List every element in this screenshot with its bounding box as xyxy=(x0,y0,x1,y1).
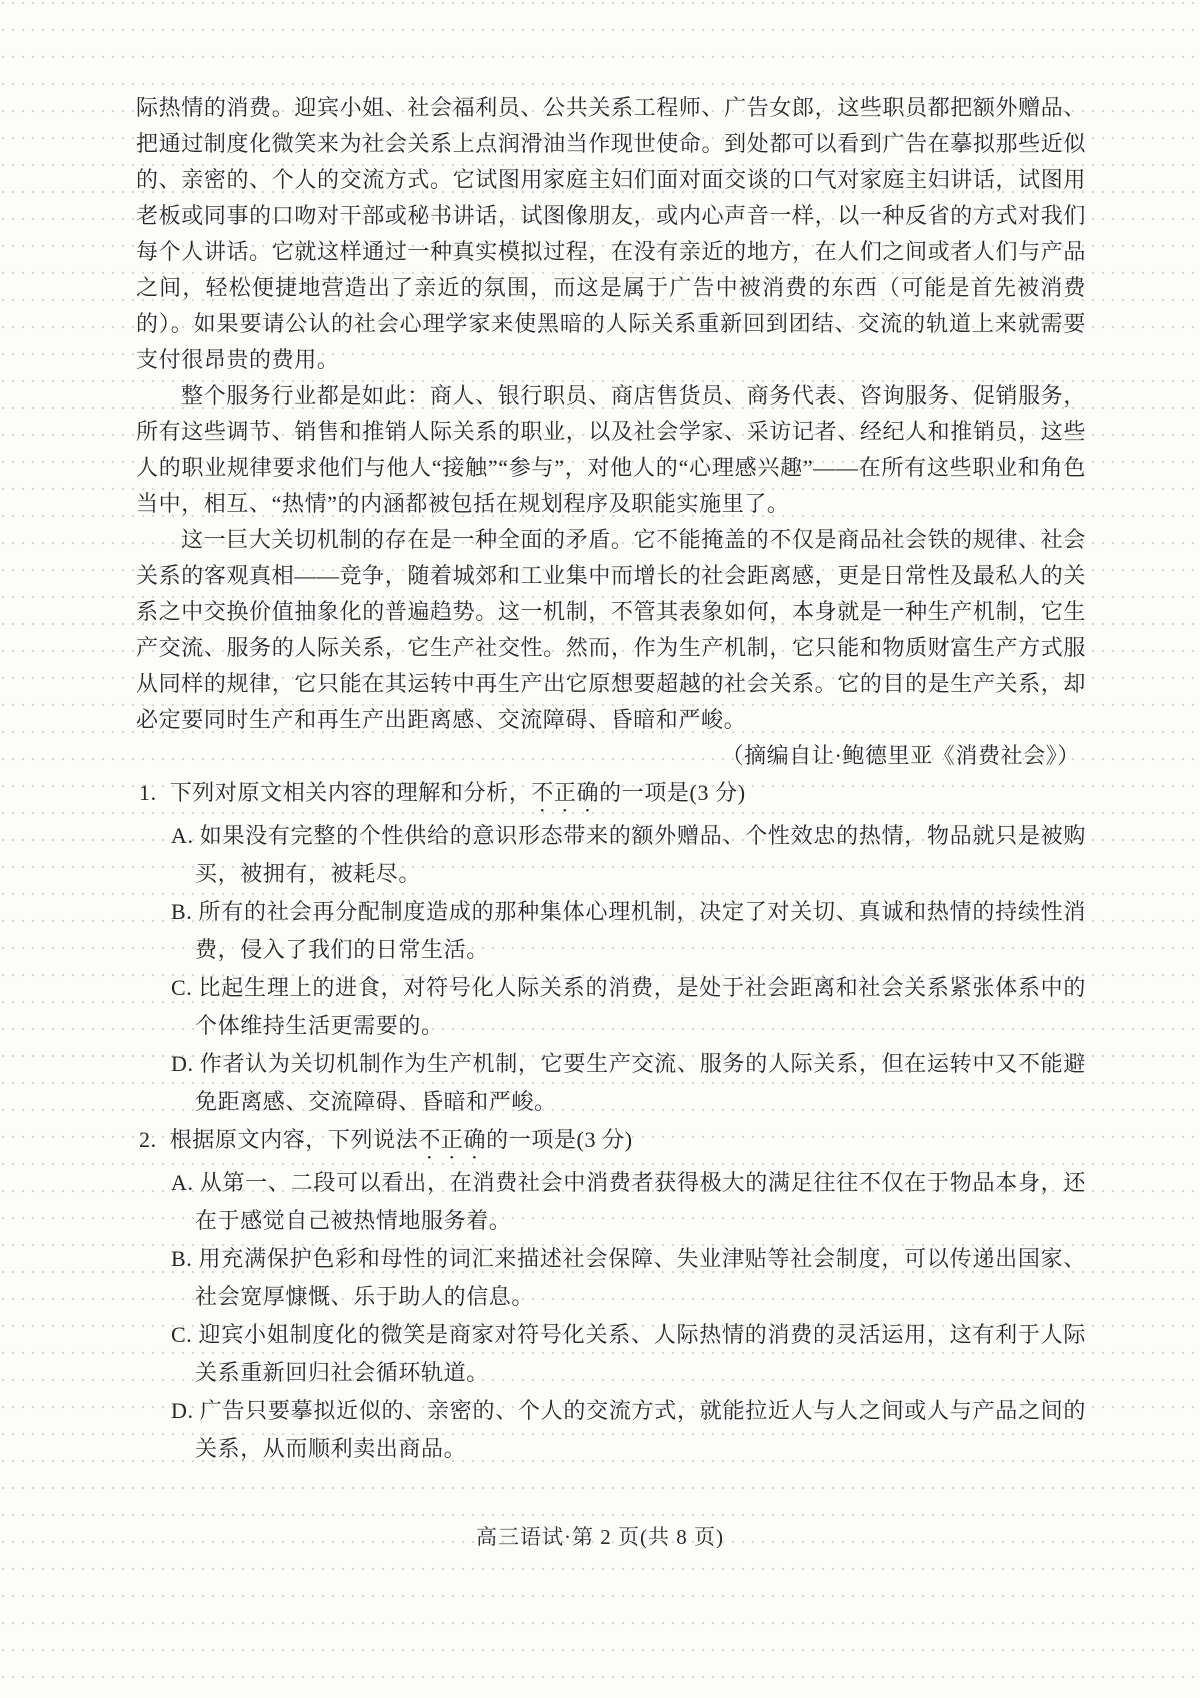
passage-paragraph-1: 际热情的消费。迎宾小姐、社会福利员、公共关系工程师、广告女郎，这些职员都把额外赠… xyxy=(136,90,1086,378)
option-label: D. xyxy=(171,1051,194,1076)
question-number: 2. xyxy=(139,1127,157,1152)
question-stem-emphasis: 不正确 xyxy=(418,1127,486,1152)
option-label: B. xyxy=(171,899,192,924)
passage-attribution: （摘编自让·鲍德里亚《消费社会》） xyxy=(136,738,1086,774)
question-1-option-d: D.作者认为关切机制作为生产机制，它要生产交流、服务的人际关系，但在运转中又不能… xyxy=(136,1045,1086,1121)
question-stem-text: 的一项是(3 分) xyxy=(599,780,746,805)
question-1-option-b: B.所有的社会再分配制度造成的那种集体心理机制，决定了对关切、真诚和热情的持续性… xyxy=(136,893,1086,969)
question-stem-text: 根据原文内容，下列说法 xyxy=(170,1127,419,1152)
passage-paragraph-2: 整个服务行业都是如此：商人、银行职员、商店售货员、商务代表、咨询服务、促销服务，… xyxy=(136,378,1086,522)
question-stem-text: 的一项是(3 分) xyxy=(486,1127,633,1152)
passage-paragraph-3: 这一巨大关切机制的存在是一种全面的矛盾。它不能掩盖的不仅是商品社会铁的规律、社会… xyxy=(136,522,1086,738)
option-text: 从第一、二段可以看出，在消费社会中消费者获得极大的满足往往不仅在于物品本身，还在… xyxy=(195,1170,1086,1233)
question-2-option-b: B.用充满保护色彩和母性的词汇来描述社会保障、失业津贴等社会制度，可以传递出国家… xyxy=(136,1240,1086,1316)
question-2: 2.根据原文内容，下列说法不正确的一项是(3 分) A.从第一、二段可以看出，在… xyxy=(136,1121,1086,1468)
question-1: 1.下列对原文相关内容的理解和分析，不正确的一项是(3 分) A.如果没有完整的… xyxy=(136,774,1086,1121)
option-text: 所有的社会再分配制度造成的那种集体心理机制，决定了对关切、真诚和热情的持续性消费… xyxy=(195,899,1086,962)
option-text: 如果没有完整的个性供给的意识形态带来的额外赠品、个性效忠的热情，物品就只是被购买… xyxy=(195,823,1086,886)
question-2-option-d: D.广告只要摹拟近似的、亲密的、个人的交流方式，就能拉近人与人之间或人与产品之间… xyxy=(136,1392,1086,1468)
question-1-option-a: A.如果没有完整的个性供给的意识形态带来的额外赠品、个性效忠的热情，物品就只是被… xyxy=(136,817,1086,893)
question-1-stem: 1.下列对原文相关内容的理解和分析，不正确的一项是(3 分) xyxy=(136,774,1086,817)
option-label: C. xyxy=(171,975,192,1000)
option-text: 用充满保护色彩和母性的词汇来描述社会保障、失业津贴等社会制度，可以传递出国家、社… xyxy=(195,1246,1086,1309)
question-number: 1. xyxy=(139,780,157,805)
option-label: A. xyxy=(171,1170,194,1195)
option-label: A. xyxy=(171,823,194,848)
option-text: 比起生理上的进食，对符号化人际关系的消费，是处于社会距离和社会关系紧张体系中的个… xyxy=(195,975,1086,1038)
page-footer: 高三语试·第 2 页(共 8 页) xyxy=(0,1521,1200,1551)
question-stem-text: 下列对原文相关内容的理解和分析， xyxy=(170,780,532,805)
question-stem-emphasis: 不正确 xyxy=(531,780,599,805)
question-1-option-c: C.比起生理上的进食，对符号化人际关系的消费，是处于社会距离和社会关系紧张体系中… xyxy=(136,969,1086,1045)
exam-scan-page: 际热情的消费。迎宾小姐、社会福利员、公共关系工程师、广告女郎，这些职员都把额外赠… xyxy=(0,0,1200,1698)
option-text: 迎宾小姐制度化的微笑是商家对符号化关系、人际热情的消费的灵活运用，这有利于人际关… xyxy=(195,1322,1086,1385)
question-2-option-c: C.迎宾小姐制度化的微笑是商家对符号化关系、人际热情的消费的灵活运用，这有利于人… xyxy=(136,1316,1086,1392)
page-content: 际热情的消费。迎宾小姐、社会福利员、公共关系工程师、广告女郎，这些职员都把额外赠… xyxy=(136,90,1086,1468)
option-label: C. xyxy=(171,1322,192,1347)
question-2-stem: 2.根据原文内容，下列说法不正确的一项是(3 分) xyxy=(136,1121,1086,1164)
option-label: B. xyxy=(171,1246,192,1271)
option-label: D. xyxy=(171,1398,194,1423)
option-text: 作者认为关切机制作为生产机制，它要生产交流、服务的人际关系，但在运转中又不能避免… xyxy=(195,1051,1086,1114)
option-text: 广告只要摹拟近似的、亲密的、个人的交流方式，就能拉近人与人之间或人与产品之间的关… xyxy=(195,1398,1086,1461)
question-2-option-a: A.从第一、二段可以看出，在消费社会中消费者获得极大的满足往往不仅在于物品本身，… xyxy=(136,1164,1086,1240)
